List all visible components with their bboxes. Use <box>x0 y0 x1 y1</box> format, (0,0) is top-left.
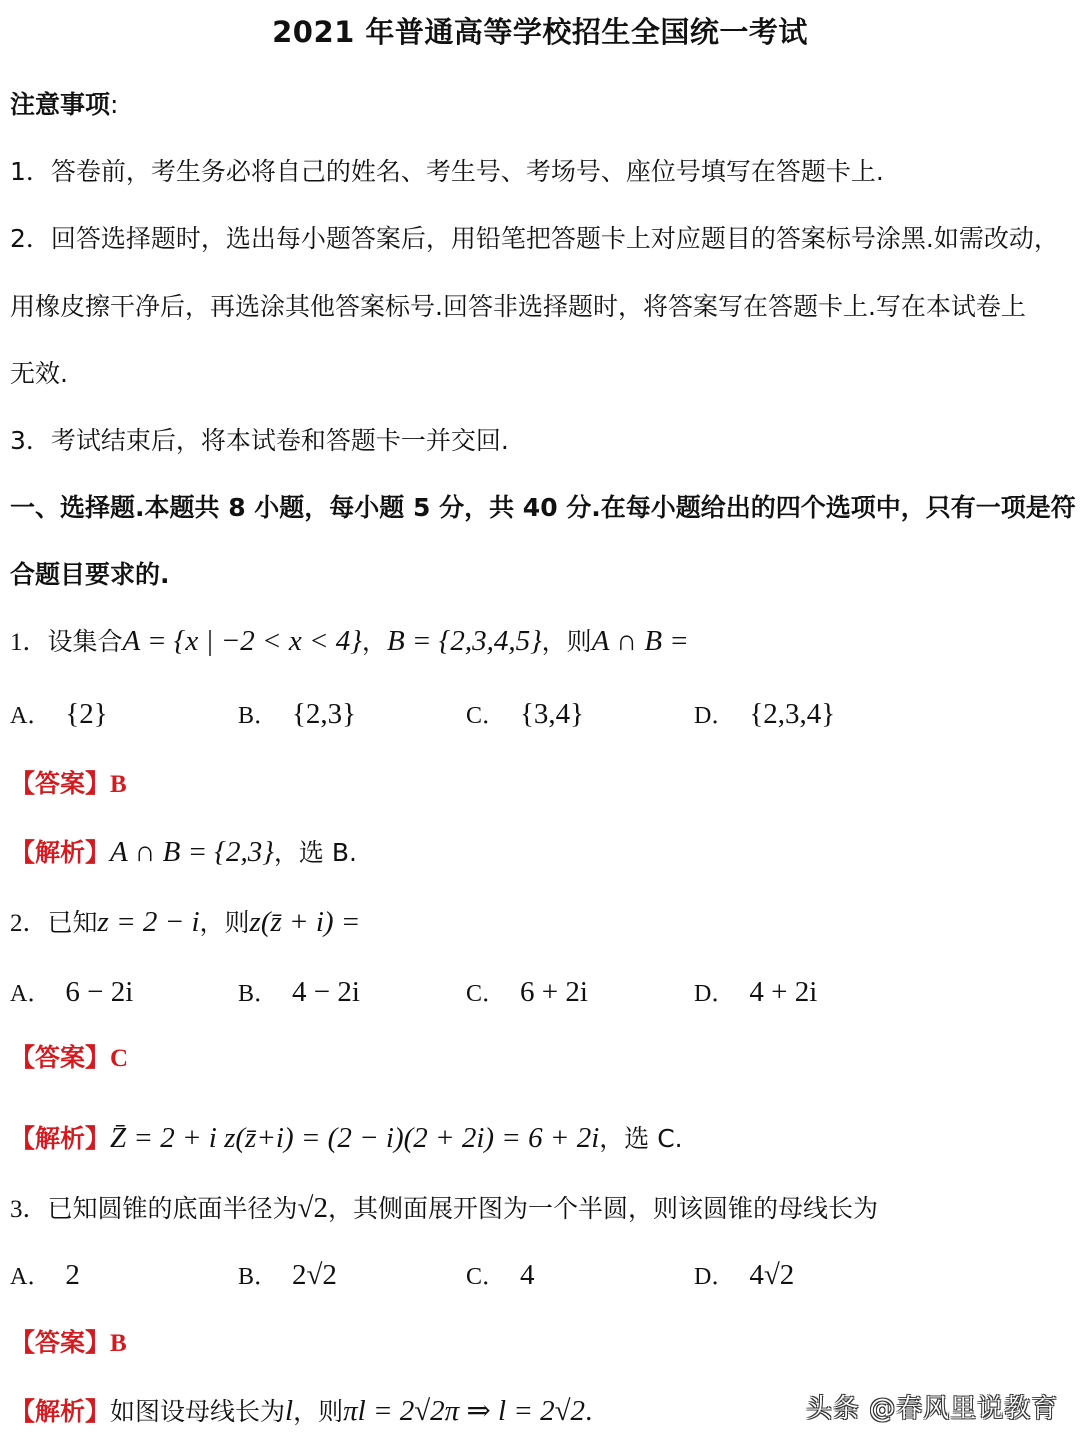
analysis-text: 如图设母线长为 <box>110 1397 285 1426</box>
question-1-option-b: B．{2,3} <box>238 697 356 733</box>
notice-colon: : <box>110 90 118 119</box>
math-expression: A = {x | −2 < x < 4} <box>123 625 362 657</box>
math-expression: √2 <box>298 1192 328 1224</box>
separator: ， <box>362 627 387 656</box>
question-2-option-d: D．4 + 2i <box>694 975 817 1011</box>
question-text: ，则 <box>542 627 592 656</box>
math-expression: Z̄ = 2 + i z(z̄+i) = (2 − i)(2 + 2i) = 6… <box>110 1122 599 1154</box>
question-3-option-d: D．4√2 <box>694 1258 794 1294</box>
math-expression: z(z̄ + i) = <box>250 906 361 938</box>
question-text: 已知 <box>48 908 98 937</box>
option-label: C． <box>466 981 506 1007</box>
question-text: 设集合 <box>48 627 123 656</box>
option-value: {3,4} <box>520 698 584 730</box>
option-label: D． <box>694 1264 735 1290</box>
analysis-text: ，选 C. <box>599 1124 682 1153</box>
option-value: {2,3,4} <box>749 698 835 730</box>
option-label: B． <box>238 1264 278 1290</box>
notice-item-2: 2．回答选择题时，选出每小题答案后，用铅笔把答题卡上对应题目的答案标号涂黑.如需… <box>10 222 1059 256</box>
option-value: 4√2 <box>749 1259 794 1291</box>
math-expression: z = 2 − i <box>98 906 200 938</box>
question-3-analysis: 【解析】如图设母线长为l，则πl = 2√2π ⇒ l = 2√2. <box>10 1394 592 1429</box>
question-2-analysis: 【解析】Z̄ = 2 + i z(z̄+i) = (2 − i)(2 + 2i)… <box>10 1121 683 1156</box>
option-label: B． <box>238 703 278 729</box>
option-value: 4 − 2i <box>292 976 360 1008</box>
analysis-text: . <box>585 1395 592 1427</box>
option-value: {2,3} <box>292 698 356 730</box>
math-expression: πl = 2√2π ⇒ l = 2√2 <box>343 1395 585 1427</box>
notice-heading-text: 注意事项 <box>10 90 110 119</box>
notice-item-1: 1．答卷前，考生务必将自己的姓名、考生号、考场号、座位号填写在答题卡上. <box>10 155 884 189</box>
question-1-analysis: 【解析】A ∩ B = {2,3}，选 B. <box>10 835 357 870</box>
question-text: 已知圆锥的底面半径为 <box>48 1194 298 1223</box>
question-3-answer: 【答案】B <box>10 1326 127 1361</box>
option-label: A． <box>10 1264 51 1290</box>
analysis-tag: 【解析】 <box>10 838 110 867</box>
question-text: ，其侧面展开图为一个半圆，则该圆锥的母线长为 <box>328 1194 878 1223</box>
question-1-option-d: D．{2,3,4} <box>694 697 835 733</box>
question-2-option-a: A．6 − 2i <box>10 975 133 1011</box>
math-expression: B = {2,3,4,5} <box>387 625 542 657</box>
answer-tag: 【答案】 <box>10 1328 110 1357</box>
option-label: C． <box>466 703 506 729</box>
question-number: 1． <box>10 629 48 656</box>
answer-value: B <box>110 771 127 798</box>
option-value: 2√2 <box>292 1259 337 1291</box>
notice-heading: 注意事项: <box>10 88 118 122</box>
watermark: 头条 @春风里说教育 <box>806 1388 1058 1425</box>
notice-item-2-end: 无效. <box>10 357 68 391</box>
option-label: D． <box>694 703 735 729</box>
notice-item-3: 3．考试结束后，将本试卷和答题卡一并交回. <box>10 424 509 458</box>
analysis-text: ，则 <box>293 1397 343 1426</box>
analysis-tag: 【解析】 <box>10 1397 110 1426</box>
question-1-stem: 1．设集合A = {x | −2 < x < 4}，B = {2,3,4,5}，… <box>10 624 689 660</box>
option-label: C． <box>466 1264 506 1290</box>
question-1-option-c: C．{3,4} <box>466 697 584 733</box>
question-2-answer: 【答案】C <box>10 1041 128 1076</box>
section-heading-cont: 合题目要求的. <box>10 558 170 592</box>
question-number: 2． <box>10 910 48 937</box>
question-3-stem: 3．已知圆锥的底面半径为√2，其侧面展开图为一个半圆，则该圆锥的母线长为 <box>10 1191 878 1227</box>
question-2-stem: 2．已知z = 2 − i，则z(z̄ + i) = <box>10 905 360 941</box>
answer-tag: 【答案】 <box>10 769 110 798</box>
question-text: ，则 <box>200 908 250 937</box>
option-label: A． <box>10 981 51 1007</box>
math-expression: A ∩ B = {2,3} <box>110 836 274 868</box>
exam-title: 2021 年普通高等学校招生全国统一考试 <box>0 12 1080 52</box>
question-3-option-c: C．4 <box>466 1258 535 1294</box>
option-label: D． <box>694 981 735 1007</box>
analysis-tag: 【解析】 <box>10 1124 110 1153</box>
question-1-option-a: A．{2} <box>10 697 108 733</box>
question-2-option-b: B．4 − 2i <box>238 975 360 1011</box>
answer-value: C <box>110 1045 128 1072</box>
option-value: 4 + 2i <box>749 976 817 1008</box>
answer-value: B <box>110 1330 127 1357</box>
option-label: B． <box>238 981 278 1007</box>
option-value: 6 + 2i <box>520 976 588 1008</box>
option-value: 6 − 2i <box>65 976 133 1008</box>
math-expression: A ∩ B = <box>592 625 689 657</box>
question-1-answer: 【答案】B <box>10 767 127 802</box>
option-value: {2} <box>65 698 107 730</box>
option-value: 2 <box>65 1259 80 1291</box>
question-3-option-b: B．2√2 <box>238 1258 337 1294</box>
analysis-text: ，选 B. <box>274 838 357 867</box>
question-number: 3． <box>10 1196 48 1223</box>
question-2-option-c: C．6 + 2i <box>466 975 588 1011</box>
section-heading: 一、选择题.本题共 8 小题，每小题 5 分，共 40 分.在每小题给出的四个选… <box>10 491 1076 525</box>
answer-tag: 【答案】 <box>10 1043 110 1072</box>
option-value: 4 <box>520 1259 535 1291</box>
notice-item-2-cont: 用橡皮擦干净后，再选涂其他答案标号.回答非选择题时，将答案写在答题卡上.写在本试… <box>10 290 1026 324</box>
option-label: A． <box>10 703 51 729</box>
question-3-option-a: A．2 <box>10 1258 80 1294</box>
math-variable: l <box>285 1395 293 1427</box>
